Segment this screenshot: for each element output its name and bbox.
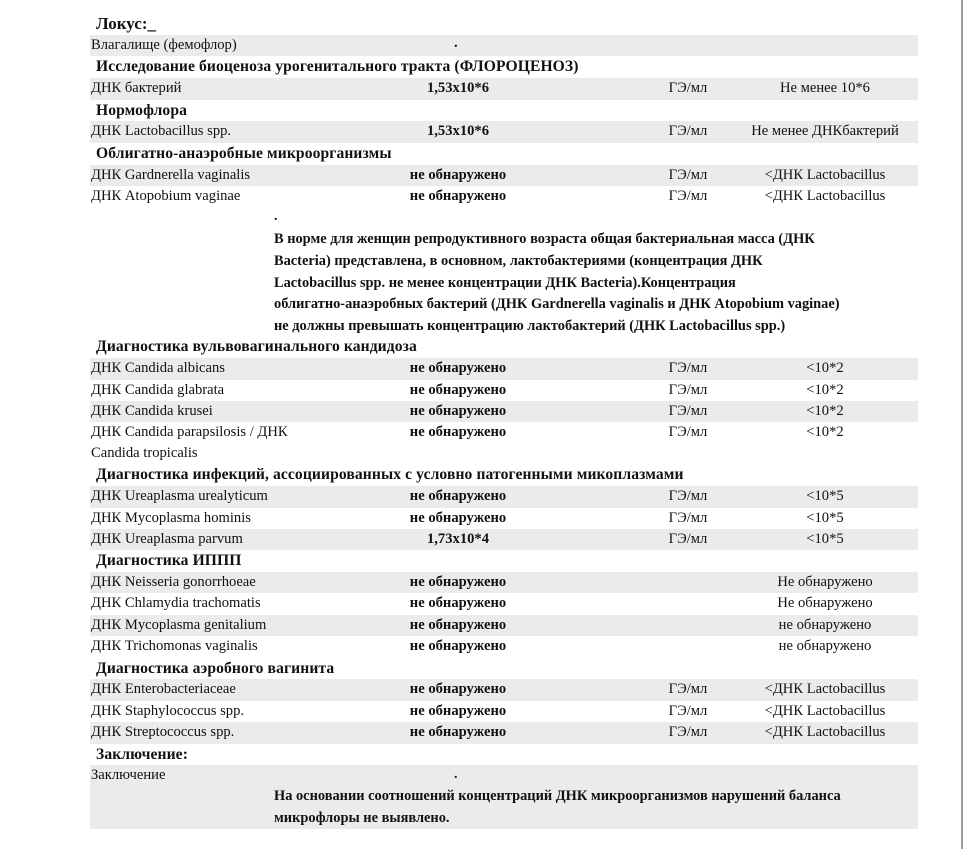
test-name: ДНК Mycoplasma genitalium — [91, 615, 331, 636]
test-result: не обнаружено — [358, 422, 558, 443]
table-row: ДНК Chlamydia trachomatisне обнаруженоНе… — [90, 593, 918, 614]
table-row: ДНК Streptococcus spp.не обнаруженоГЭ/мл… — [90, 722, 918, 743]
table-row: ДНК Candida parapsilosis / ДНК Candida t… — [90, 422, 918, 464]
table-row: ДНК Gardnerella vaginalisне обнаруженоГЭ… — [90, 165, 918, 186]
reference-value: <10*5 — [730, 486, 920, 507]
test-name: ДНК Lactobacillus spp. — [91, 121, 331, 142]
test-name: ДНК Streptococcus spp. — [91, 722, 331, 743]
table-row: ДНК Candida kruseiне обнаруженоГЭ/мл<10*… — [90, 401, 918, 422]
test-unit: ГЭ/мл — [638, 380, 738, 401]
reference-value: <10*2 — [730, 358, 920, 379]
reference-value: <ДНК Lactobacillus — [730, 701, 920, 722]
locus-marker: . — [454, 33, 458, 54]
note-line: В норме для женщин репродуктивного возра… — [274, 229, 914, 251]
test-result: не обнаружено — [358, 358, 558, 379]
conclusion-title: Заключение: — [90, 744, 918, 766]
test-result: не обнаружено — [358, 636, 558, 657]
section-title-aerobic: Диагностика аэробного вагинита — [90, 658, 918, 680]
table-row: ДНК Atopobium vaginaeне обнаруженоГЭ/мл<… — [90, 186, 918, 207]
section-title-biocenosis: Исследование биоценоза урогенитального т… — [90, 56, 918, 78]
reference-value: не обнаружено — [730, 636, 920, 657]
report-sections: Исследование биоценоза урогенитального т… — [90, 56, 918, 743]
table-row: ДНК Mycoplasma genitaliumне обнаруженоне… — [90, 615, 918, 636]
test-name: ДНК Gardnerella vaginalis — [91, 165, 331, 186]
note-line: Bacteria) представлена, в основном, лакт… — [274, 251, 914, 273]
test-unit: ГЭ/мл — [638, 78, 738, 99]
table-row: ДНК Candida albicansне обнаруженоГЭ/мл<1… — [90, 358, 918, 379]
test-result: не обнаружено — [358, 486, 558, 507]
section-title-candidiasis: Диагностика вульвовагинального кандидоза — [90, 336, 918, 358]
test-result: 1,73x10*4 — [358, 529, 558, 550]
table-row: ДНК Candida glabrataне обнаруженоГЭ/мл<1… — [90, 380, 918, 401]
reference-value: Не обнаружено — [730, 593, 920, 614]
reference-value: не обнаружено — [730, 615, 920, 636]
conclusion-block: Заключение . На основании соотношений ко… — [90, 765, 918, 829]
table-row: ДНК бактерий1,53x10*6ГЭ/млНе менее 10*6 — [90, 78, 918, 99]
lab-report: Локус:_ Влагалище (фемофлор) . Исследова… — [90, 12, 918, 829]
table-row: ДНК Enterobacteriaceaeне обнаруженоГЭ/мл… — [90, 679, 918, 700]
test-name: ДНК Neisseria gonorrhoeae — [91, 572, 331, 593]
test-name: ДНК Ureaplasma urealyticum — [91, 486, 331, 507]
test-unit: ГЭ/мл — [638, 701, 738, 722]
reference-value: <10*5 — [730, 529, 920, 550]
note-line: облигатно-анаэробных бактерий (ДНК Gardn… — [274, 294, 914, 316]
table-row: ДНК Staphylococcus spp.не обнаруженоГЭ/м… — [90, 701, 918, 722]
test-result: 1,53x10*6 — [358, 78, 558, 99]
table-row: ДНК Trichomonas vaginalisне обнаруженоне… — [90, 636, 918, 657]
test-unit: ГЭ/мл — [638, 722, 738, 743]
conclusion-line: микрофлоры не выявлено. — [274, 808, 916, 830]
test-result: не обнаружено — [358, 679, 558, 700]
page-edge-divider — [961, 0, 963, 849]
test-name: ДНК Candida parapsilosis / ДНК Candida t… — [91, 422, 331, 464]
test-unit: ГЭ/мл — [638, 486, 738, 507]
test-unit: ГЭ/мл — [638, 121, 738, 142]
test-name: ДНК Ureaplasma parvum — [91, 529, 331, 550]
test-result: не обнаружено — [358, 722, 558, 743]
reference-value: <ДНК Lactobacillus — [730, 165, 920, 186]
test-name: ДНК Candida glabrata — [91, 380, 331, 401]
test-unit: ГЭ/мл — [638, 508, 738, 529]
note-line: Lactobacillus spp. не менее концентрации… — [274, 273, 914, 295]
table-row: ДНК Ureaplasma parvum1,73x10*4ГЭ/мл<10*5 — [90, 529, 918, 550]
interpretation-note: .В норме для женщин репродуктивного возр… — [90, 207, 918, 336]
reference-value: <10*5 — [730, 508, 920, 529]
test-unit: ГЭ/мл — [638, 422, 738, 443]
test-result: не обнаружено — [358, 401, 558, 422]
test-name: ДНК бактерий — [91, 78, 331, 99]
reference-value: <10*2 — [730, 401, 920, 422]
locus-value: Влагалище (фемофлор) — [91, 35, 331, 56]
test-result: не обнаружено — [358, 701, 558, 722]
note-line: не должны превышать концентрацию лактоба… — [274, 316, 914, 338]
test-name: ДНК Candida albicans — [91, 358, 331, 379]
section-title-mycoplasma: Диагностика инфекций, ассоциированных с … — [90, 464, 918, 486]
table-row: ДНК Mycoplasma hominisне обнаруженоГЭ/мл… — [90, 508, 918, 529]
note-text: В норме для женщин репродуктивного возра… — [274, 229, 914, 337]
test-result: не обнаружено — [358, 572, 558, 593]
test-unit: ГЭ/мл — [638, 165, 738, 186]
test-unit: ГЭ/мл — [638, 679, 738, 700]
table-row: ДНК Ureaplasma urealyticumне обнаруженоГ… — [90, 486, 918, 507]
test-result: 1,53x10*6 — [358, 121, 558, 142]
test-result: не обнаружено — [358, 508, 558, 529]
reference-value: <10*2 — [730, 380, 920, 401]
table-row: ДНК Neisseria gonorrhoeaeне обнаруженоНе… — [90, 572, 918, 593]
test-unit: ГЭ/мл — [638, 186, 738, 207]
test-result: не обнаружено — [358, 615, 558, 636]
test-name: ДНК Enterobacteriaceae — [91, 679, 331, 700]
reference-value: <ДНК Lactobacillus — [730, 186, 920, 207]
test-result: не обнаружено — [358, 593, 558, 614]
test-result: не обнаружено — [358, 165, 558, 186]
reference-value: <ДНК Lactobacillus — [730, 722, 920, 743]
test-name: ДНК Trichomonas vaginalis — [91, 636, 331, 657]
test-name: ДНК Mycoplasma hominis — [91, 508, 331, 529]
test-name: ДНК Chlamydia trachomatis — [91, 593, 331, 614]
reference-value: <10*2 — [730, 422, 920, 443]
conclusion-text: На основании соотношений концентраций ДН… — [274, 786, 916, 829]
section-title-anaerobes: Облигатно-анаэробные микроорганизмы — [90, 143, 918, 165]
section-title-normoflora: Нормофлора — [90, 100, 918, 122]
test-unit: ГЭ/мл — [638, 358, 738, 379]
reference-value: Не менее 10*6 — [730, 78, 920, 99]
table-row: ДНК Lactobacillus spp.1,53x10*6ГЭ/млНе м… — [90, 121, 918, 142]
reference-value: Не менее ДНКбактерий — [730, 121, 920, 142]
test-name: ДНК Candida krusei — [91, 401, 331, 422]
locus-title: Локус:_ — [90, 12, 918, 35]
reference-value: Не обнаружено — [730, 572, 920, 593]
conclusion-label: Заключение — [91, 765, 165, 786]
section-title-sti: Диагностика ИППП — [90, 550, 918, 572]
conclusion-line: На основании соотношений концентраций ДН… — [274, 786, 916, 808]
test-unit: ГЭ/мл — [638, 529, 738, 550]
note-marker: . — [274, 209, 278, 225]
conclusion-marker: . — [454, 767, 458, 783]
test-result: не обнаружено — [358, 186, 558, 207]
test-result: не обнаружено — [358, 380, 558, 401]
reference-value: <ДНК Lactobacillus — [730, 679, 920, 700]
locus-row: Влагалище (фемофлор) . — [90, 35, 918, 56]
test-unit: ГЭ/мл — [638, 401, 738, 422]
test-name: ДНК Atopobium vaginae — [91, 186, 331, 207]
test-name: ДНК Staphylococcus spp. — [91, 701, 331, 722]
